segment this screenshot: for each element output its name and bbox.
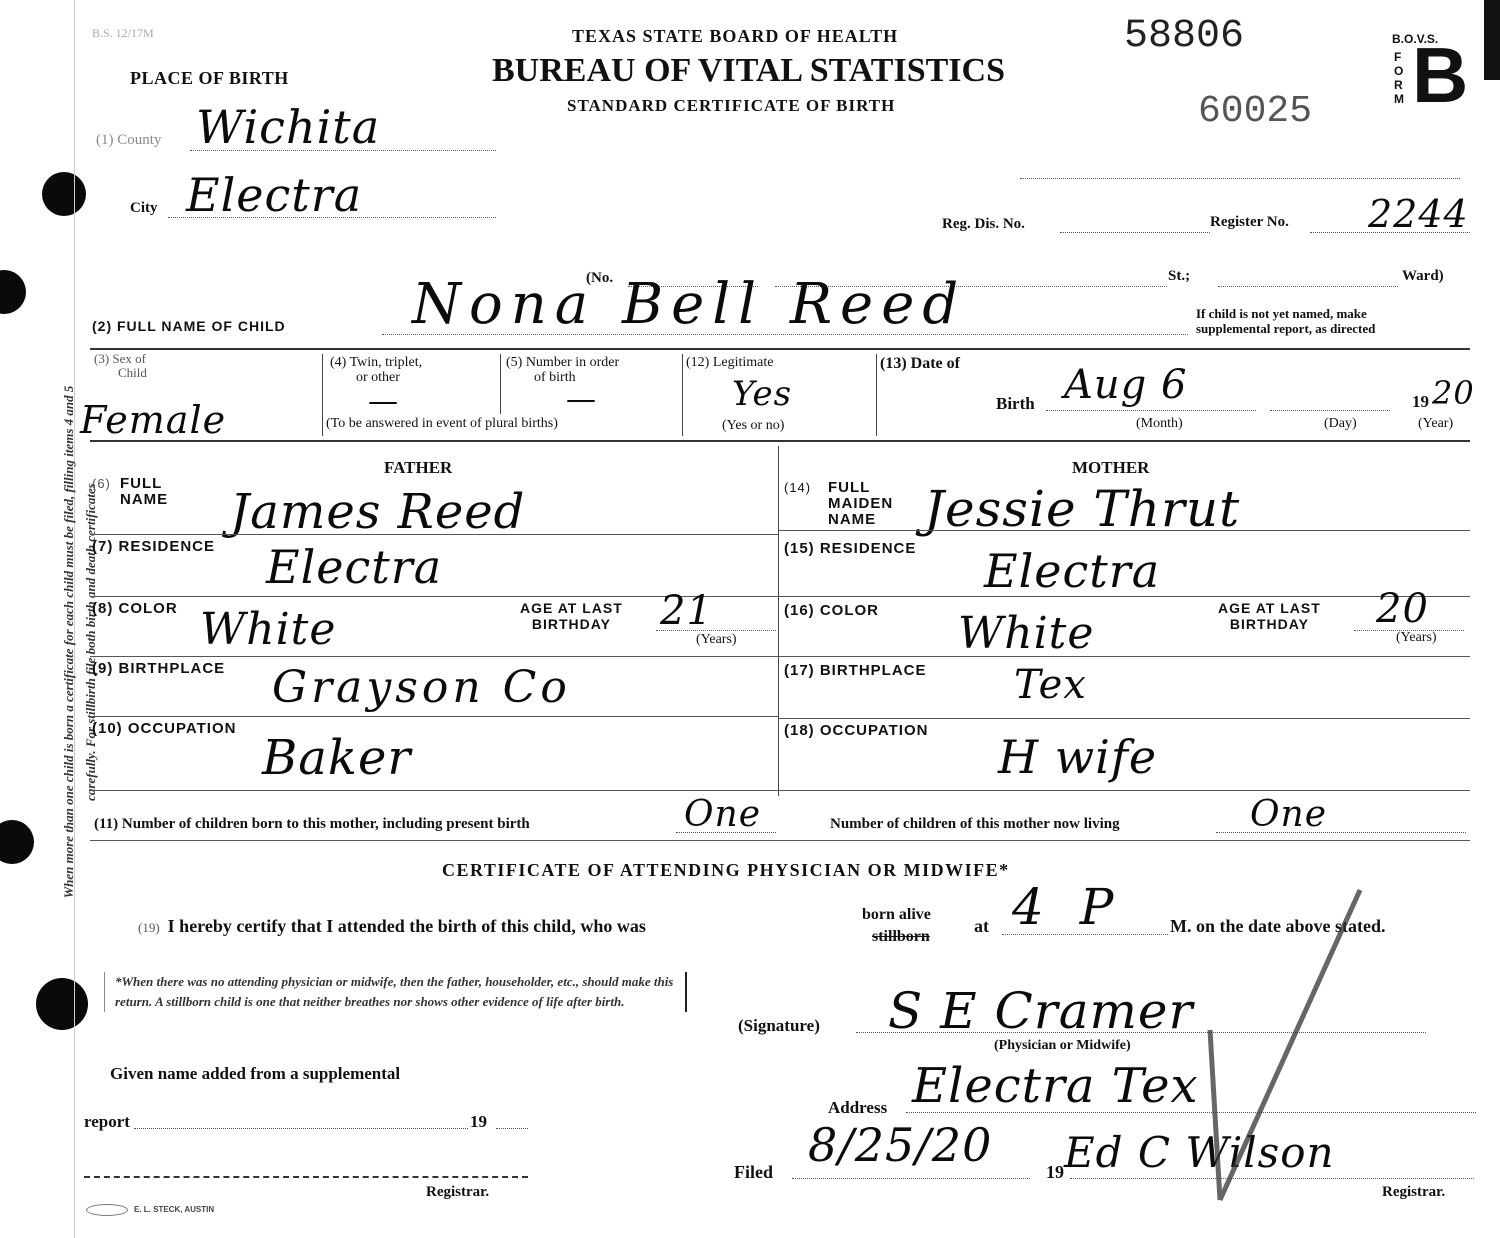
mother-age-label: AGE AT LASTBIRTHDAY [1218,600,1321,632]
father-occupation-value: Baker [262,730,411,786]
mother-occupation-label: (18) OCCUPATION [784,722,928,739]
child-name-label: (2) FULL NAME OF CHILD [92,318,286,334]
report-year-line [496,1128,528,1129]
parents-divider [778,446,779,796]
father-age-line [656,630,776,631]
twin-value: — [368,384,399,419]
row-line [90,716,778,717]
column-divider [876,354,877,436]
father-color-value: White [200,604,336,655]
row-line [778,530,1470,531]
filed-label: Filed [734,1162,773,1183]
child-name-note: If child is not yet named, makesupplemen… [1196,306,1375,336]
report-year-prefix: 19 [470,1112,487,1132]
check-mark-icon [1150,880,1380,1210]
reg-dis-top-line [1020,178,1460,179]
row-line [90,656,778,657]
filed-year-prefix: 19 [1046,1162,1064,1183]
year-hint: (Year) [1418,416,1453,432]
signature-hint: (Physician or Midwife) [994,1038,1131,1054]
address-label: Address [828,1098,887,1118]
divider [90,348,1470,350]
certify-statement: (19)I hereby certify that I attended the… [138,916,646,937]
column-divider [682,354,683,436]
city-label: City [130,200,158,217]
date-day-line [1270,410,1390,411]
father-heading: FATHER [384,458,452,478]
mother-occupation-value: H wife [998,730,1157,784]
row-line [90,790,1470,791]
father-name-value: James Reed [230,484,525,540]
filed-line [792,1178,1030,1179]
mother-heading: MOTHER [1072,458,1149,478]
board-title: TEXAS STATE BOARD OF HEALTH [572,26,898,47]
plural-note: (To be answered in event of plural birth… [326,416,558,432]
at-label: at [974,916,989,937]
date-label-top: (13) Date of [880,355,960,373]
footnote: *When there was no attending physician o… [104,972,687,1012]
filed-value: 8/25/20 [808,1118,992,1172]
right-edge [1484,0,1500,80]
father-occupation-label: (10) OCCUPATION [92,720,236,737]
punch-hole [0,270,26,314]
city-value: Electra [186,168,362,222]
form-word: FORM [1394,50,1404,106]
legitimate-hint: (Yes or no) [722,418,784,434]
reg-dis-label: Reg. Dis. No. [942,216,1025,233]
order-label: (5) Number in orderof birth [506,355,619,385]
stillborn: stillborn [872,928,930,946]
mother-color-label: (16) COLOR [784,602,879,619]
mother-residence-label: (15) RESIDENCE [784,540,916,557]
row-line [778,718,1470,719]
registrar-right: Registrar. [1382,1184,1445,1201]
date-label-birth: Birth [996,394,1035,414]
date-value: Aug 6 [1064,362,1187,408]
father-name-label: (6) FULLNAME [92,476,119,492]
ward-label: Ward) [1402,268,1444,285]
column-divider [322,354,323,436]
children-born-label: (11) Number of children born to this mot… [94,816,530,833]
father-birthplace-label: (9) BIRTHPLACE [92,660,225,677]
county-label: (1) County [96,132,161,149]
report-label: report [84,1112,130,1132]
child-name-value: Nona Bell Reed [412,272,966,337]
place-of-birth-label: PLACE OF BIRTH [130,68,289,89]
mother-color-value: White [958,608,1094,659]
father-age-value: 21 [660,588,713,634]
order-value: — [566,382,597,417]
row-line [90,534,778,535]
children-living-label: Number of children of this mother now li… [830,816,1120,833]
signature-value: S E Cramer [888,982,1193,1040]
father-color-label: (8) COLOR [92,600,178,617]
registrar-left: Registrar. [426,1184,489,1201]
stamp-number: 58806 [1124,14,1244,59]
father-age-label: AGE AT LASTBIRTHDAY [520,600,623,632]
certificate-type: STANDARD CERTIFICATE OF BIRTH [567,96,895,116]
legitimate-label: (12) Legitimate [686,355,773,371]
printer-logo-icon [86,1204,128,1216]
register-label: Register No. [1210,214,1289,231]
children-born-value: One [684,794,761,835]
column-divider [500,354,501,414]
printer-mark: E. L. STECK, AUSTIN [86,1204,214,1216]
registrar-left-line [84,1176,528,1178]
mother-residence-value: Electra [984,544,1160,598]
given-name-label: Given name added from a supplemental [110,1064,400,1084]
year-prefix: 19 [1412,392,1429,412]
form-letter: B [1412,36,1468,114]
bureau-title: BUREAU OF VITAL STATISTICS [492,52,1005,90]
second-number: 60025 [1198,90,1312,133]
row-line [778,596,1470,597]
margin-note-line1: When more than one child is born a certi… [58,232,80,1052]
time-value: 4 P [1012,878,1123,936]
form-code: B.S. 12/17M [92,26,154,41]
register-value: 2244 [1368,192,1469,236]
punch-hole [0,820,34,864]
legitimate-value: Yes [732,374,792,414]
mother-years-hint: (Years) [1396,630,1437,646]
children-living-value: One [1250,794,1327,835]
date-month-line [1046,410,1256,411]
father-residence-value: Electra [266,540,442,594]
street-label: St.; [1168,268,1190,285]
month-hint: (Month) [1136,416,1183,432]
county-value: Wichita [196,100,380,154]
year-value: 20 [1432,374,1475,412]
certificate-heading: CERTIFICATE OF ATTENDING PHYSICIAN OR MI… [442,860,1010,881]
signature-label: (Signature) [738,1016,820,1036]
mother-birthplace-value: Tex [1014,662,1087,708]
mother-name-label: (14) FULLMAIDENNAME [784,480,819,496]
report-line [134,1128,468,1129]
mother-birthplace-label: (17) BIRTHPLACE [784,662,927,679]
day-hint: (Day) [1324,416,1357,432]
born-alive: born alive [862,906,931,924]
reg-dis-line [1060,232,1210,233]
sex-value: Female [80,398,226,442]
ward-line [1218,286,1398,287]
sex-label: (3) Sex ofChild [94,352,147,380]
divider [90,840,1470,841]
row-line [778,656,1470,657]
father-birthplace-value: Grayson Co [272,662,571,713]
twin-label: (4) Twin, triplet,or other [330,355,422,385]
mother-age-value: 20 [1376,586,1429,632]
father-years-hint: (Years) [696,632,737,648]
father-residence-label: (7) RESIDENCE [92,538,215,555]
punch-hole [42,172,86,216]
divider [90,440,1470,442]
